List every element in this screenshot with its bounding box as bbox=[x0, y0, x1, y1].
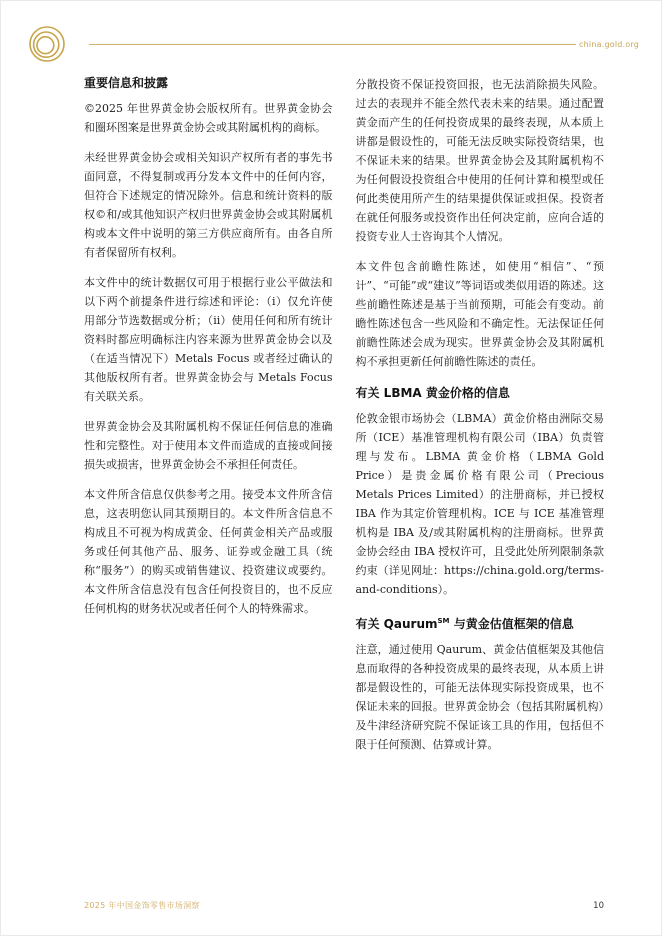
left-column: 重要信息和披露 ©2025 年世界黄金协会版权所有。世界黄金协会和圈环图案是世界… bbox=[84, 75, 333, 765]
header-divider-line bbox=[89, 44, 576, 45]
qaurum-paragraph: 注意，通过使用 Qaurum、黄金估值框架及其他信息而取得的各种投资成果的最终表… bbox=[356, 640, 605, 754]
statistics-usage-paragraph: 本文件中的统计数据仅可用于根据行业公平做法和以下两个前提条件进行综述和评论：（i… bbox=[84, 273, 333, 406]
lbma-heading: 有关 LBMA 黄金价格的信息 bbox=[356, 385, 605, 402]
page-number: 10 bbox=[593, 901, 604, 911]
lbma-paragraph: 伦敦金银市场协会（LBMA）黄金价格由洲际交易所（ICE）基准管理机构有限公司（… bbox=[356, 409, 605, 599]
qaurum-heading-suffix: 与黄金估值框架的信息 bbox=[450, 617, 574, 631]
diversification-paragraph: 分散投资不保证投资回报，也无法消除损失风险。过去的表现并不能全然代表未来的结果。… bbox=[356, 75, 605, 246]
report-title: 2025 年中国金饰零售市场洞察 bbox=[84, 900, 200, 911]
qaurum-sm-superscript: SM bbox=[438, 617, 450, 625]
world-gold-council-logo-icon bbox=[28, 25, 66, 63]
important-info-heading: 重要信息和披露 bbox=[84, 75, 333, 92]
reference-only-paragraph: 本文件所含信息仅供参考之用。接受本文件所含信息，这表明您认同其预期目的。本文件所… bbox=[84, 485, 333, 618]
document-page: china.gold.org 重要信息和披露 ©2025 年世界黄金协会版权所有… bbox=[0, 0, 662, 936]
right-column: 分散投资不保证投资回报，也无法消除损失风险。过去的表现并不能全然代表未来的结果。… bbox=[356, 75, 605, 765]
copyright-paragraph: ©2025 年世界黄金协会版权所有。世界黄金协会和圈环图案是世界黄金协会或其附属… bbox=[84, 99, 333, 137]
page-footer: 2025 年中国金饰零售市场洞察 10 bbox=[84, 900, 604, 911]
reproduction-paragraph: 未经世界黄金协会或相关知识产权所有者的事先书面同意，不得复制或再分发本文件中的任… bbox=[84, 148, 333, 262]
qaurum-heading-prefix: 有关 Qaurum bbox=[356, 617, 438, 631]
forward-looking-paragraph: 本文件包含前瞻性陈述，如使用“相信”、“预计”、“可能”或“建议”等词语或类似用… bbox=[356, 257, 605, 371]
qaurum-heading: 有关 QaurumSM 与黄金估值框架的信息 bbox=[356, 613, 605, 633]
brand-url-link[interactable]: china.gold.org bbox=[579, 40, 639, 49]
content-columns: 重要信息和披露 ©2025 年世界黄金协会版权所有。世界黄金协会和圈环图案是世界… bbox=[84, 75, 604, 765]
page-header: china.gold.org bbox=[28, 25, 639, 63]
no-warranty-paragraph: 世界黄金协会及其附属机构不保证任何信息的准确性和完整性。对于使用本文件而造成的直… bbox=[84, 417, 333, 474]
